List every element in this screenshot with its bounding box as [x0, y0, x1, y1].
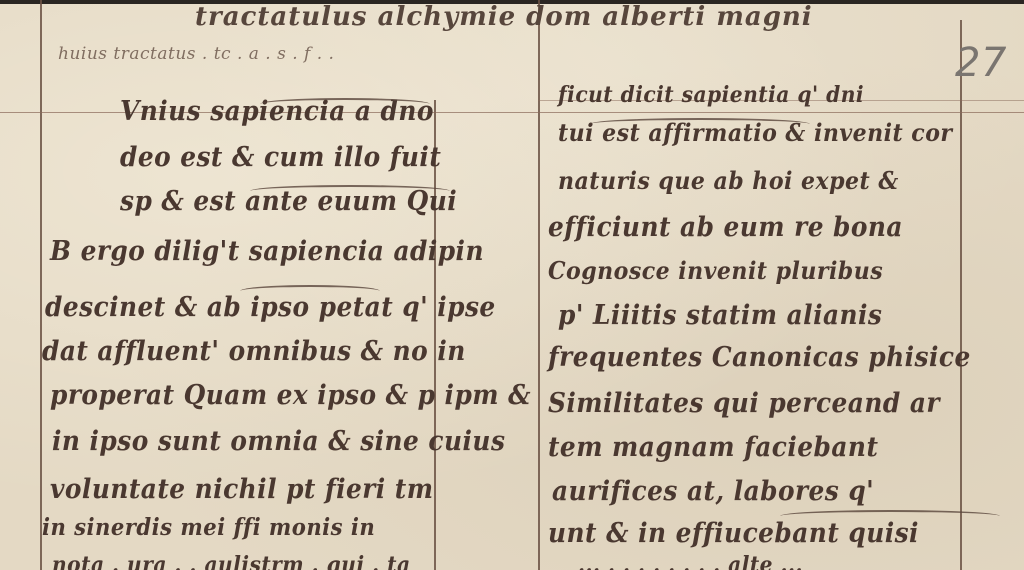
text-line: tem magnam faciebant	[548, 432, 878, 463]
manuscript-header-title: tractatulus alchymie dom alberti magni	[195, 2, 813, 32]
pen-flourish	[260, 98, 430, 110]
text-line: in sinerdis mei ffi monis in	[42, 514, 375, 541]
text-line: dat affluent' omnibus & no in	[42, 336, 466, 367]
text-line: descinet & ab ipso petat q' ipse	[45, 292, 496, 323]
ruling-left-outer	[40, 0, 42, 570]
ruling-right-column-right	[960, 20, 962, 570]
text-line: nota . ura . . aulistrm . qui . ta	[52, 552, 411, 570]
text-line: B ergo dilig't sapiencia adipin	[50, 236, 484, 267]
pen-flourish	[590, 118, 810, 130]
text-line: naturis que ab hoi expet &	[558, 166, 899, 195]
text-line: efficiunt ab eum re bona	[548, 212, 903, 243]
marginal-note: huius tractatus . tc . a . s . f . .	[58, 44, 334, 64]
text-line: frequentes Canonicas phisice	[548, 342, 971, 373]
text-line: deo est & cum illo fuit	[120, 142, 441, 173]
text-line: Cognosce invenit pluribus	[548, 256, 883, 285]
pen-flourish	[250, 185, 450, 197]
text-line: in ipso sunt omnia & sine cuius	[52, 426, 505, 457]
text-line: aurifices at, labores q'	[552, 476, 874, 507]
pen-flourish	[780, 510, 1000, 522]
text-line: Similitates qui perceand ar	[548, 388, 940, 419]
text-line: ficut dicit sapientia q' dni	[558, 82, 864, 108]
text-line: ... . . . . . . . . alte ...	[578, 552, 803, 570]
text-line: properat Quam ex ipso & p ipm &	[50, 380, 531, 411]
text-line: p' Liiitis statim alianis	[558, 300, 882, 331]
folio-number: 27	[955, 40, 1007, 86]
text-line: unt & in effiucebant quisi	[548, 518, 919, 549]
ruling-right-column-left	[538, 0, 540, 570]
pen-flourish	[240, 285, 380, 297]
text-line: voluntate nichil pt fieri tm	[50, 474, 433, 505]
